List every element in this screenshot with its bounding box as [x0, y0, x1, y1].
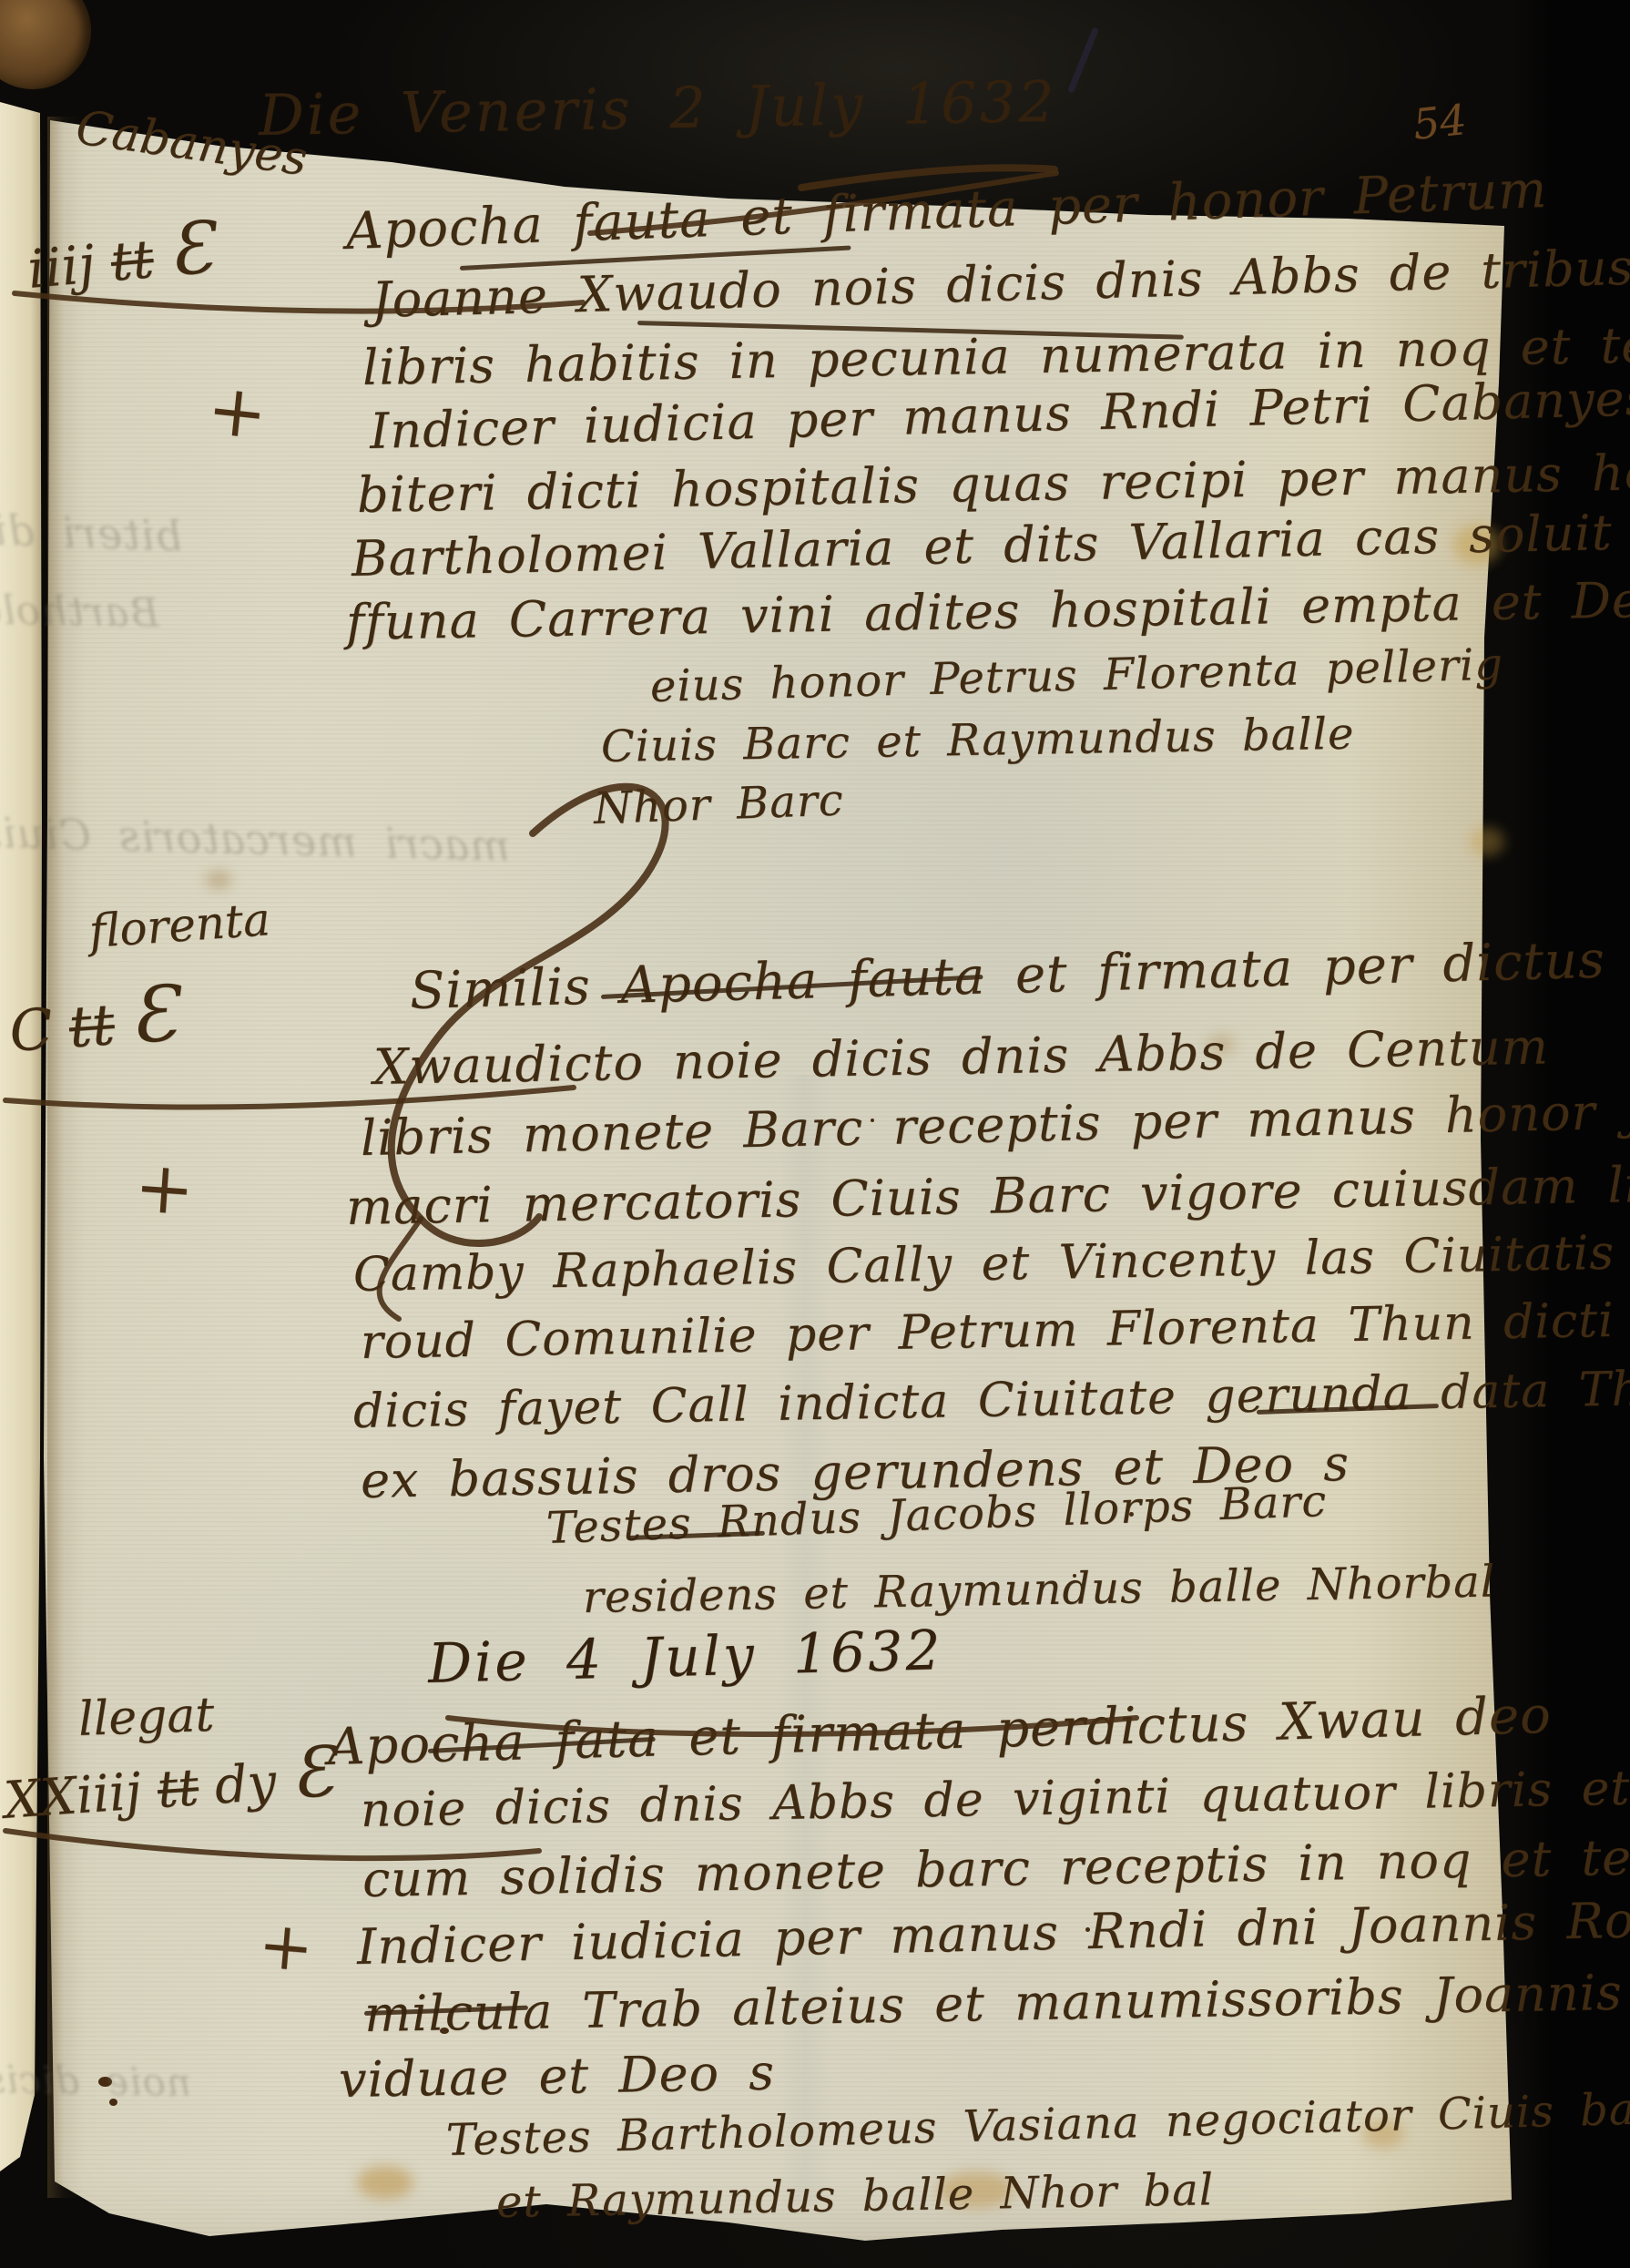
entry2-margin-underline — [5, 1088, 574, 1107]
paraph-s-flourish — [392, 787, 666, 1243]
heading2-underline-flourish — [448, 1718, 1136, 1734]
manuscript-scan: biteri dicti hospitalis quas recipi per … — [0, 0, 1630, 2268]
pen-flourishes — [0, 0, 1630, 2268]
paraph-s-flourish-tail — [380, 1219, 421, 1319]
entry3-margin-underline — [5, 1831, 539, 1858]
entry1-margin-underline — [15, 293, 583, 311]
